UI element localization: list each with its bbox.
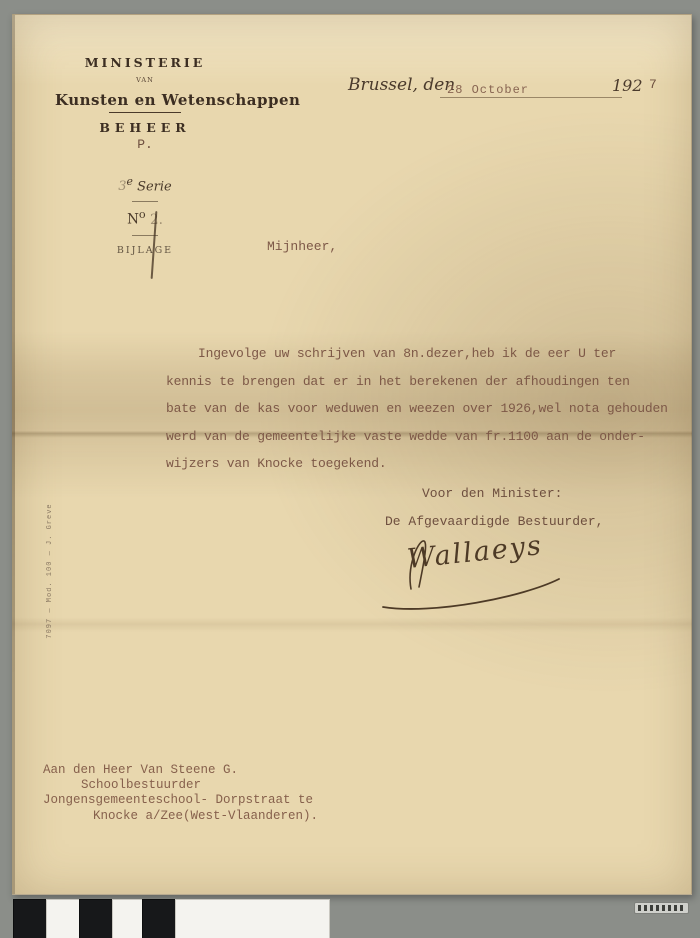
letterhead: MINISTERIE VAN Kunsten en Wetenschappen … bbox=[55, 55, 235, 152]
body-line: bate van de kas voor weduwen en weezen o… bbox=[166, 395, 696, 423]
scale-chip bbox=[634, 902, 689, 914]
van-label: VAN bbox=[55, 76, 235, 84]
ministry-title: MINISTERIE bbox=[55, 55, 235, 70]
serie-label: Serie bbox=[133, 179, 172, 194]
address-line: Knocke a/Zee(West-Vlaanderen). bbox=[43, 809, 318, 824]
department-underline bbox=[109, 112, 181, 113]
serie-rule bbox=[132, 201, 158, 202]
number-superscript: o bbox=[139, 208, 146, 221]
scan-background: MINISTERIE VAN Kunsten en Wetenschappen … bbox=[0, 0, 700, 938]
number-line: No 2. bbox=[85, 208, 205, 228]
serie-line: 3e Serie bbox=[85, 175, 205, 194]
body-line: kennis te brengen dat er in het berekene… bbox=[166, 368, 696, 396]
number-label: N bbox=[127, 212, 139, 228]
typed-year-digit: 7 bbox=[649, 77, 657, 92]
calibration-square-black-1 bbox=[13, 899, 47, 938]
closing-for-minister: Voor den Minister: bbox=[422, 486, 562, 501]
calibration-square-black-3 bbox=[142, 899, 176, 938]
salutation: Mijnheer, bbox=[267, 239, 337, 254]
printed-year: 192 bbox=[612, 76, 643, 95]
typed-date: 28 October bbox=[447, 83, 529, 97]
address-line: Aan den Heer Van Steene G. bbox=[43, 763, 318, 778]
bijlage-label: BIJLAGE bbox=[85, 245, 205, 256]
address-line: Schoolbestuurder bbox=[43, 778, 318, 793]
p-mark: P. bbox=[55, 137, 235, 152]
body-paragraph: Ingevolge uw schrijven van 8n.dezer,heb … bbox=[166, 340, 696, 478]
serie-block: 3e Serie No 2. BIJLAGE bbox=[85, 175, 205, 256]
calibration-bar-white bbox=[175, 899, 330, 938]
body-line: Ingevolge uw schrijven van 8n.dezer,heb … bbox=[166, 340, 696, 368]
beheer-label: BEHEER bbox=[55, 120, 235, 135]
letter-paper: MINISTERIE VAN Kunsten en Wetenschappen … bbox=[12, 14, 692, 895]
margin-print: 7097 — Mod. 100 — J. Greve bbox=[46, 496, 54, 646]
calibration-square-white-1 bbox=[46, 899, 80, 938]
body-line: wijzers van Knocke toegekend. bbox=[166, 450, 696, 478]
calibration-square-black-2 bbox=[79, 899, 113, 938]
body-line: werd van de gemeentelijke vaste wedde va… bbox=[166, 423, 696, 451]
calibration-square-white-2 bbox=[112, 899, 143, 938]
address-line: Jongensgemeenteschool- Dorpstraat te bbox=[43, 793, 318, 808]
department-title: Kunsten en Wetenschappen bbox=[55, 91, 235, 109]
scale-chip-stripes bbox=[638, 905, 685, 911]
serie-number: 3 bbox=[118, 179, 126, 194]
address-block: Aan den Heer Van Steene G. Schoolbestuur… bbox=[43, 763, 318, 824]
